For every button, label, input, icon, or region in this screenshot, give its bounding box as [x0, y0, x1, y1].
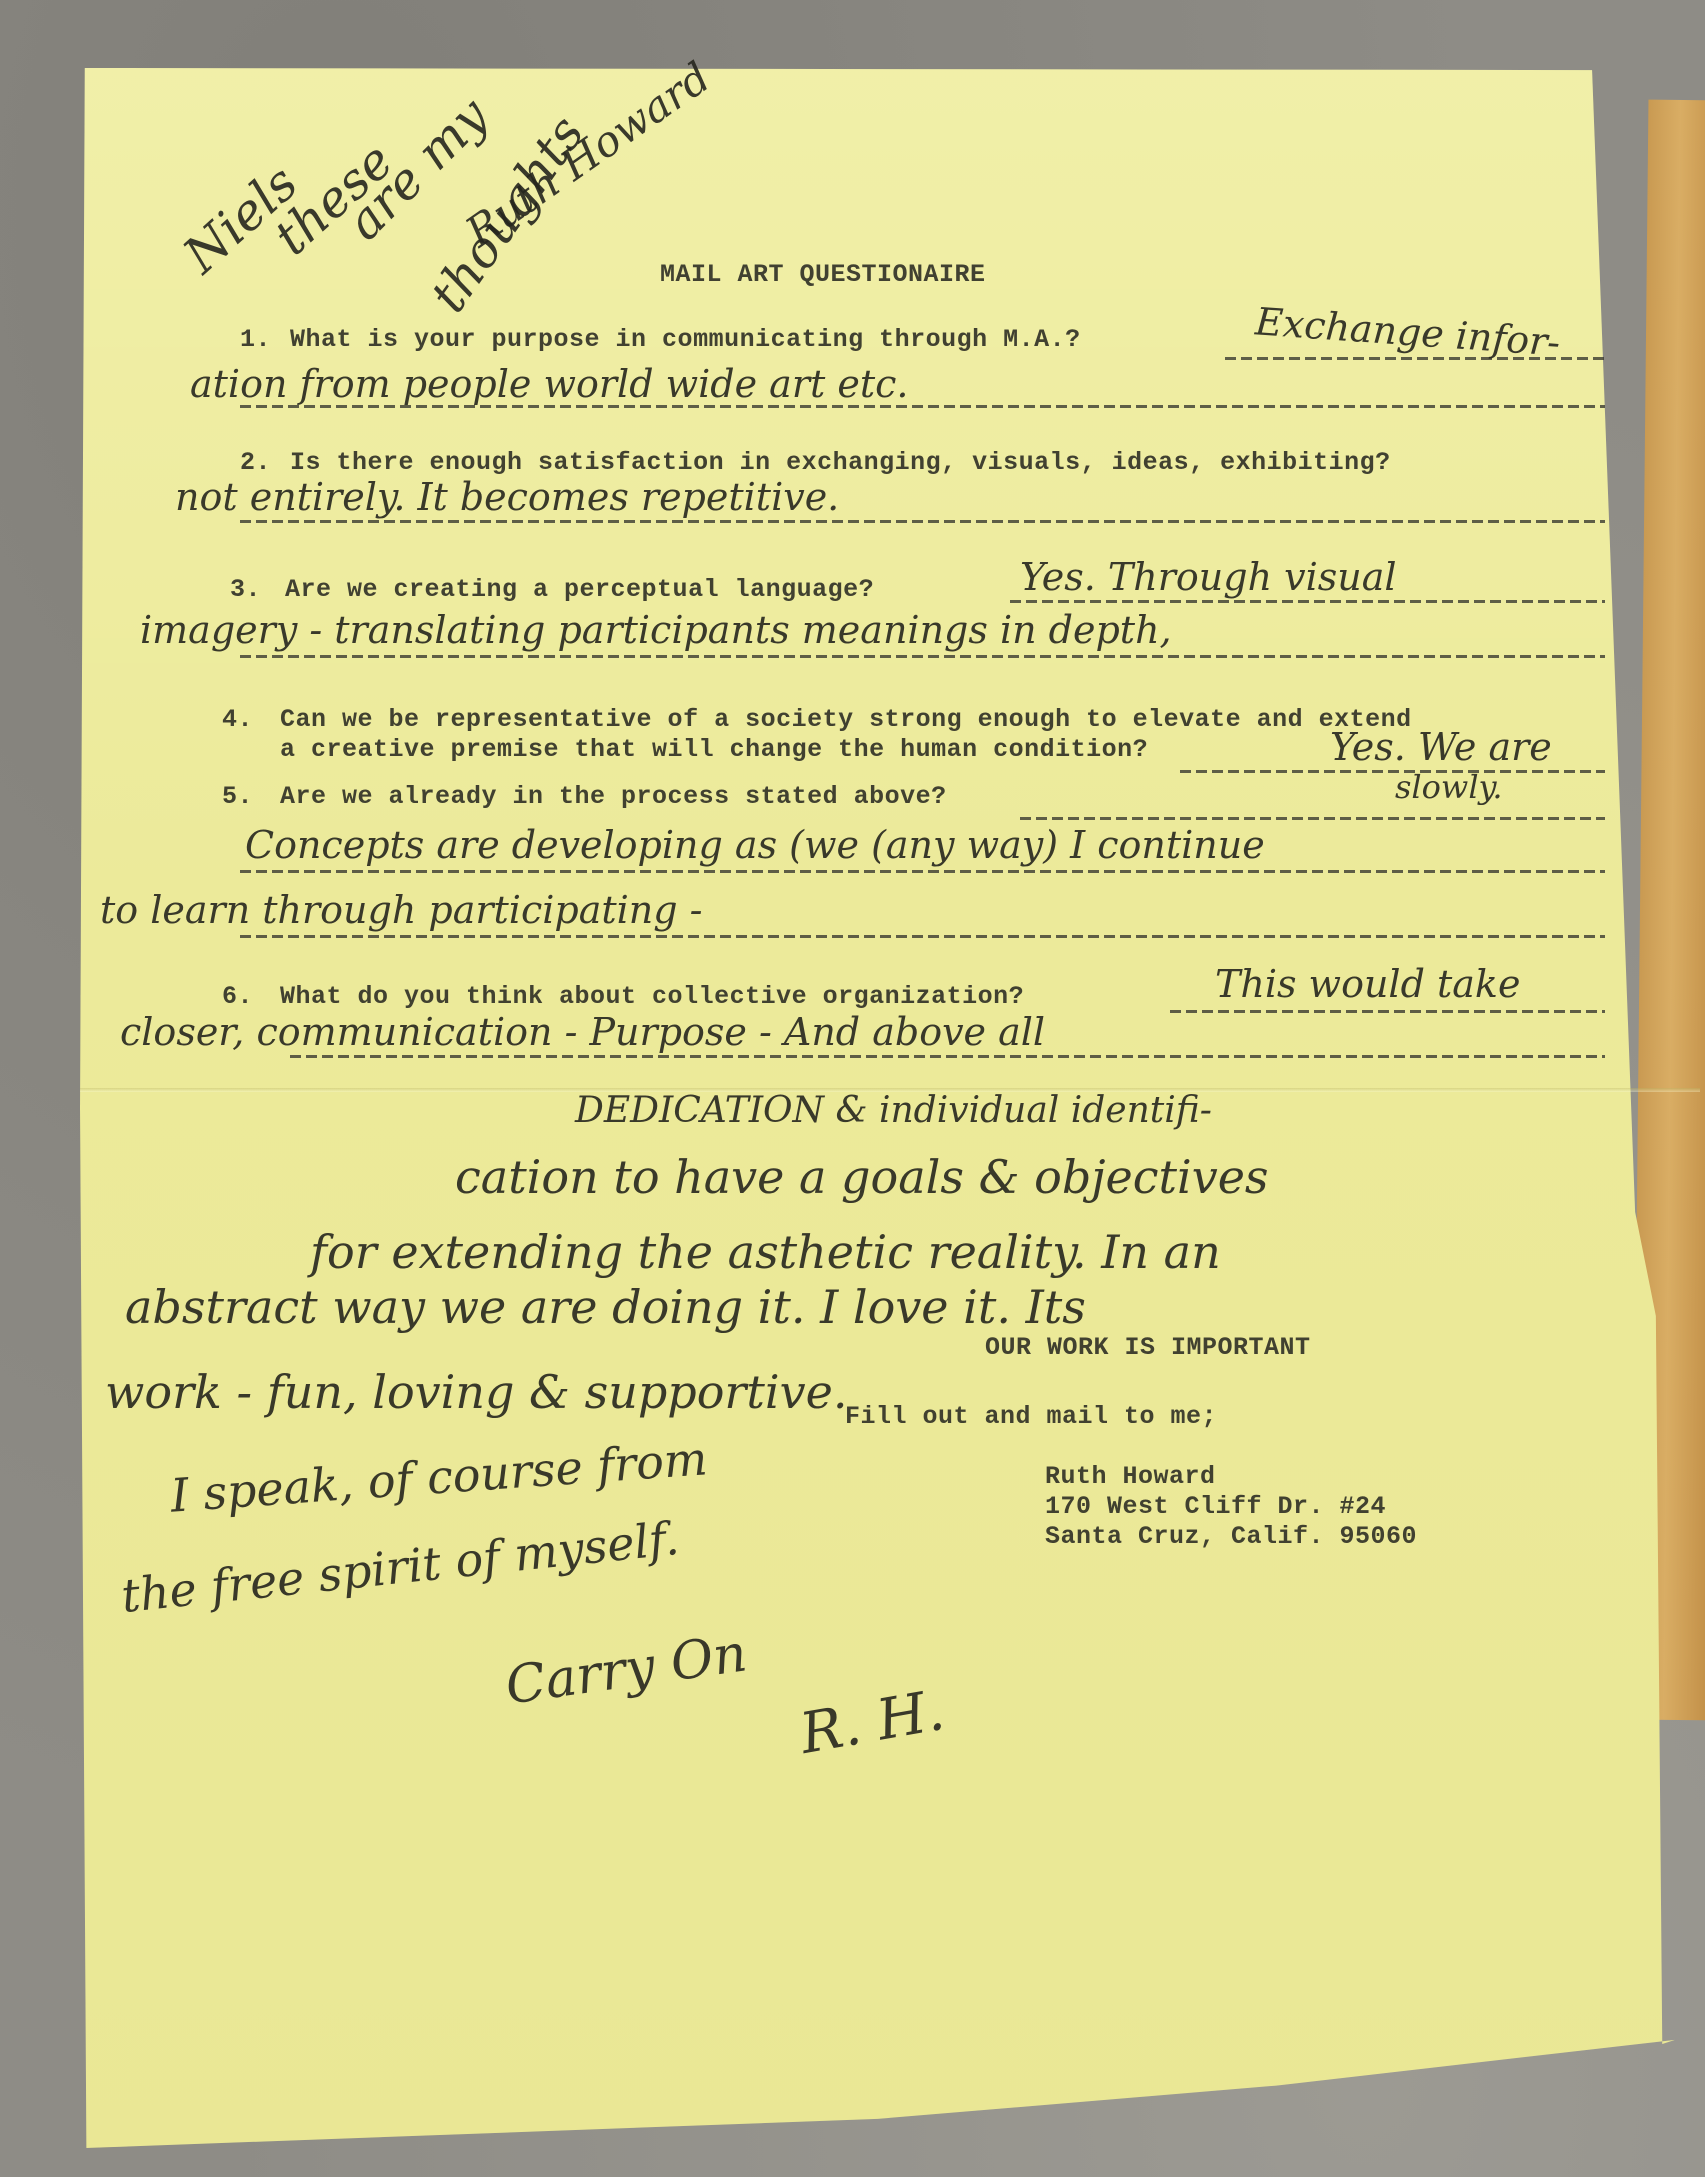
answer-line — [240, 935, 1605, 938]
question-2-text: Is there enough satisfaction in exchangi… — [290, 448, 1391, 477]
question-6-text: What do you think about collective organ… — [280, 982, 1024, 1011]
question-4-number: 4. — [222, 705, 253, 734]
question-2-answer: not entirely. It becomes repetitive. — [175, 475, 839, 519]
question-3-number: 3. — [230, 575, 261, 604]
question-4-answer-line-1: Yes. We are — [1330, 725, 1552, 769]
question-4-text-line-1: Can we be representative of a society st… — [280, 705, 1412, 734]
question-3-answer-line-1: Yes. Through visual — [1020, 555, 1397, 599]
answer-line — [1010, 600, 1605, 603]
question-5-text: Are we already in the process stated abo… — [280, 782, 947, 811]
address-name: Ruth Howard — [1045, 1462, 1216, 1491]
question-2-number: 2. — [240, 448, 271, 477]
question-6-answer-line-7: work - fun, loving & supportive. — [105, 1365, 847, 1419]
question-6-answer-line-4: cation to have a goals & objectives — [455, 1150, 1269, 1204]
motto: OUR WORK IS IMPORTANT — [985, 1333, 1311, 1362]
question-6-number: 6. — [222, 982, 253, 1011]
question-6-answer-line-1: This would take — [1215, 962, 1520, 1006]
answer-line — [240, 655, 1605, 658]
question-5-answer-line-2: to learn through participating - — [100, 888, 703, 932]
question-6-answer-line-6: abstract way we are doing it. I love it.… — [125, 1280, 1086, 1334]
question-4-answer-line-2: slowly. — [1395, 768, 1503, 806]
answer-line — [1020, 817, 1605, 820]
question-6-answer-line-3: DEDICATION & individual identifi- — [575, 1090, 1212, 1131]
question-1-number: 1. — [240, 325, 271, 354]
answer-line — [240, 520, 1605, 523]
address-city: Santa Cruz, Calif. 95060 — [1045, 1522, 1417, 1551]
question-5-answer-line-1: Concepts are developing as (we (any way)… — [245, 823, 1265, 867]
answer-line — [240, 870, 1605, 873]
question-1-answer-line-2: ation from people world wide art etc. — [190, 362, 908, 406]
document-title: MAIL ART QUESTIONAIRE — [660, 260, 986, 289]
answer-line — [1180, 770, 1605, 773]
question-6-answer-line-5: for extending the asthetic reality. In a… — [310, 1225, 1221, 1279]
question-5-number: 5. — [222, 782, 253, 811]
answer-line — [1170, 1010, 1605, 1013]
question-3-answer-line-2: imagery - translating participants meani… — [140, 608, 1172, 652]
answer-line — [290, 1055, 1605, 1058]
question-3-text: Are we creating a perceptual language? — [285, 575, 874, 604]
question-4-text-line-2: a creative premise that will change the … — [280, 735, 1148, 764]
question-1-text: What is your purpose in communicating th… — [290, 325, 1081, 354]
address-street: 170 West Cliff Dr. #24 — [1045, 1492, 1386, 1521]
mail-instruction: Fill out and mail to me; — [845, 1402, 1217, 1431]
question-6-answer-line-2: closer, communication - Purpose - And ab… — [120, 1010, 1045, 1054]
